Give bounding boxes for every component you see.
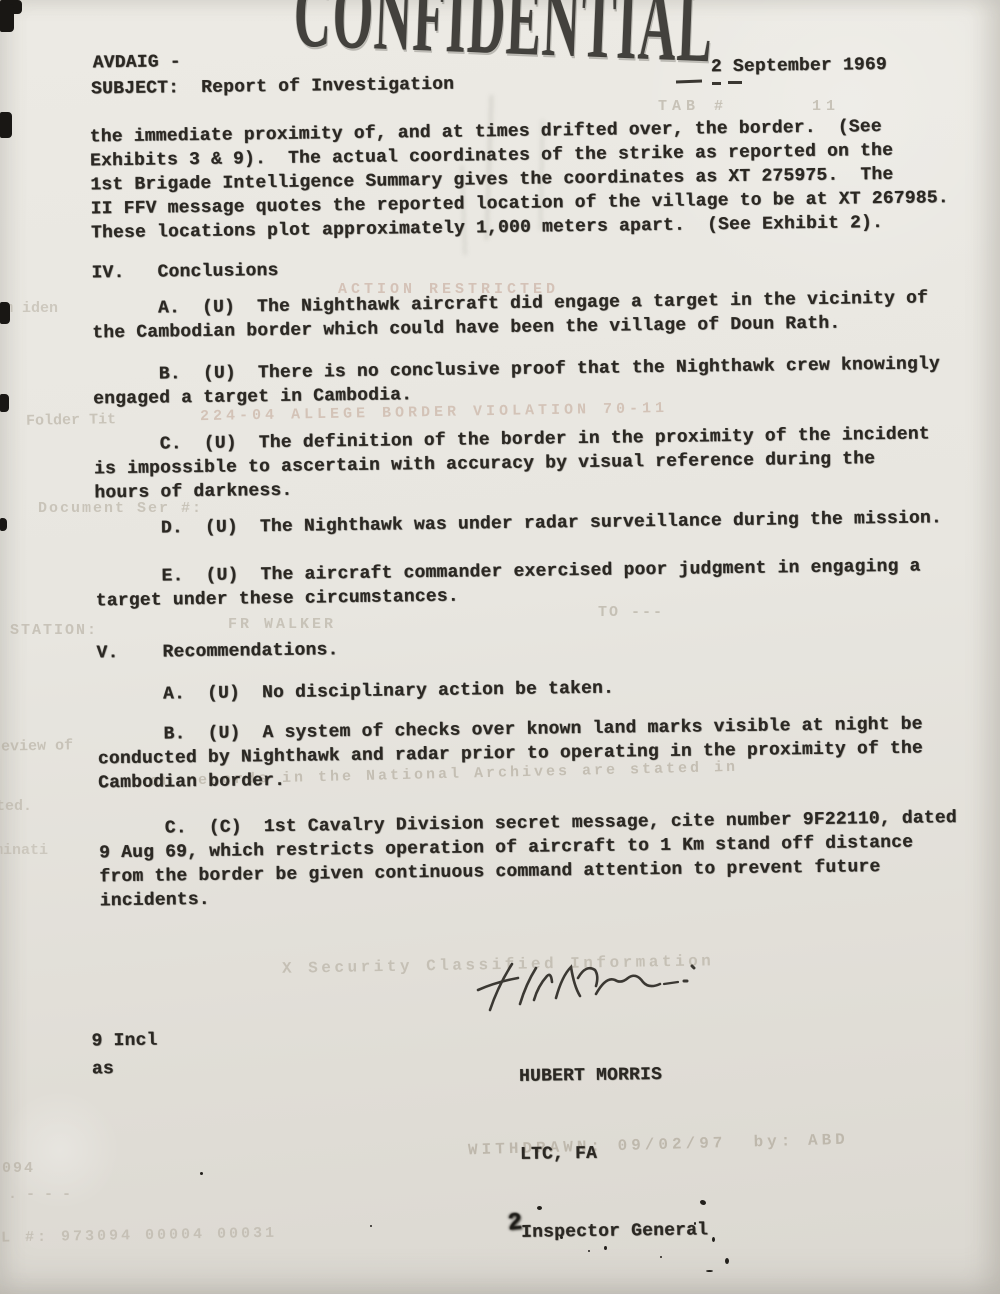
smudge-dash: [712, 82, 721, 85]
conclusion-item-c: C. (U) The definition of the border in t…: [94, 422, 931, 505]
signature-block: HUBERT MORRIS LTC, FA Inspector General: [518, 1009, 709, 1294]
recommendation-item-c: C. (C) 1st Cavalry Division secret messa…: [99, 806, 958, 913]
conclusion-item-d: D. (U) The Nighthawk was under radar sur…: [95, 506, 942, 541]
scanned-document-page: TAB # 11 ACTION RESTRICTED m iden Folder…: [0, 0, 1000, 1294]
enclosures-note: 9 Incl as: [91, 1027, 158, 1084]
signer-rank: LTC, FA: [520, 1139, 707, 1167]
conclusion-item-a: A. (U) The Nighthawk aircraft did engage…: [92, 286, 929, 345]
conclusions-heading: IV. Conclusions: [91, 259, 278, 285]
handwritten-signature: [468, 952, 708, 1022]
intro-paragraph: the immediate proximity of, and at times…: [90, 114, 950, 245]
signer-title: Inspector General: [521, 1217, 708, 1245]
recommendation-item-b: B. (U) A system of checks over known lan…: [97, 713, 923, 796]
recommendations-heading: V. Recommendations.: [96, 638, 338, 665]
signer-name: HUBERT MORRIS: [519, 1061, 706, 1089]
page-number: 2: [507, 1209, 524, 1237]
typed-content: AVDAIG - SUBJECT: Report of Investigatio…: [0, 0, 1000, 1294]
conclusion-item-e: E. (U) The aircraft commander exercised …: [95, 555, 921, 614]
conclusion-item-b: B. (U) There is no conclusive proof that…: [93, 352, 941, 411]
recommendation-item-a: A. (U) No disciplinary action be taken.: [97, 677, 614, 708]
smudge-dash: [728, 81, 742, 84]
date-line: 2 September 1969: [711, 53, 887, 79]
subject-line: SUBJECT: Report of Investigation: [91, 73, 454, 102]
office-symbol: AVDAIG -: [93, 50, 181, 75]
